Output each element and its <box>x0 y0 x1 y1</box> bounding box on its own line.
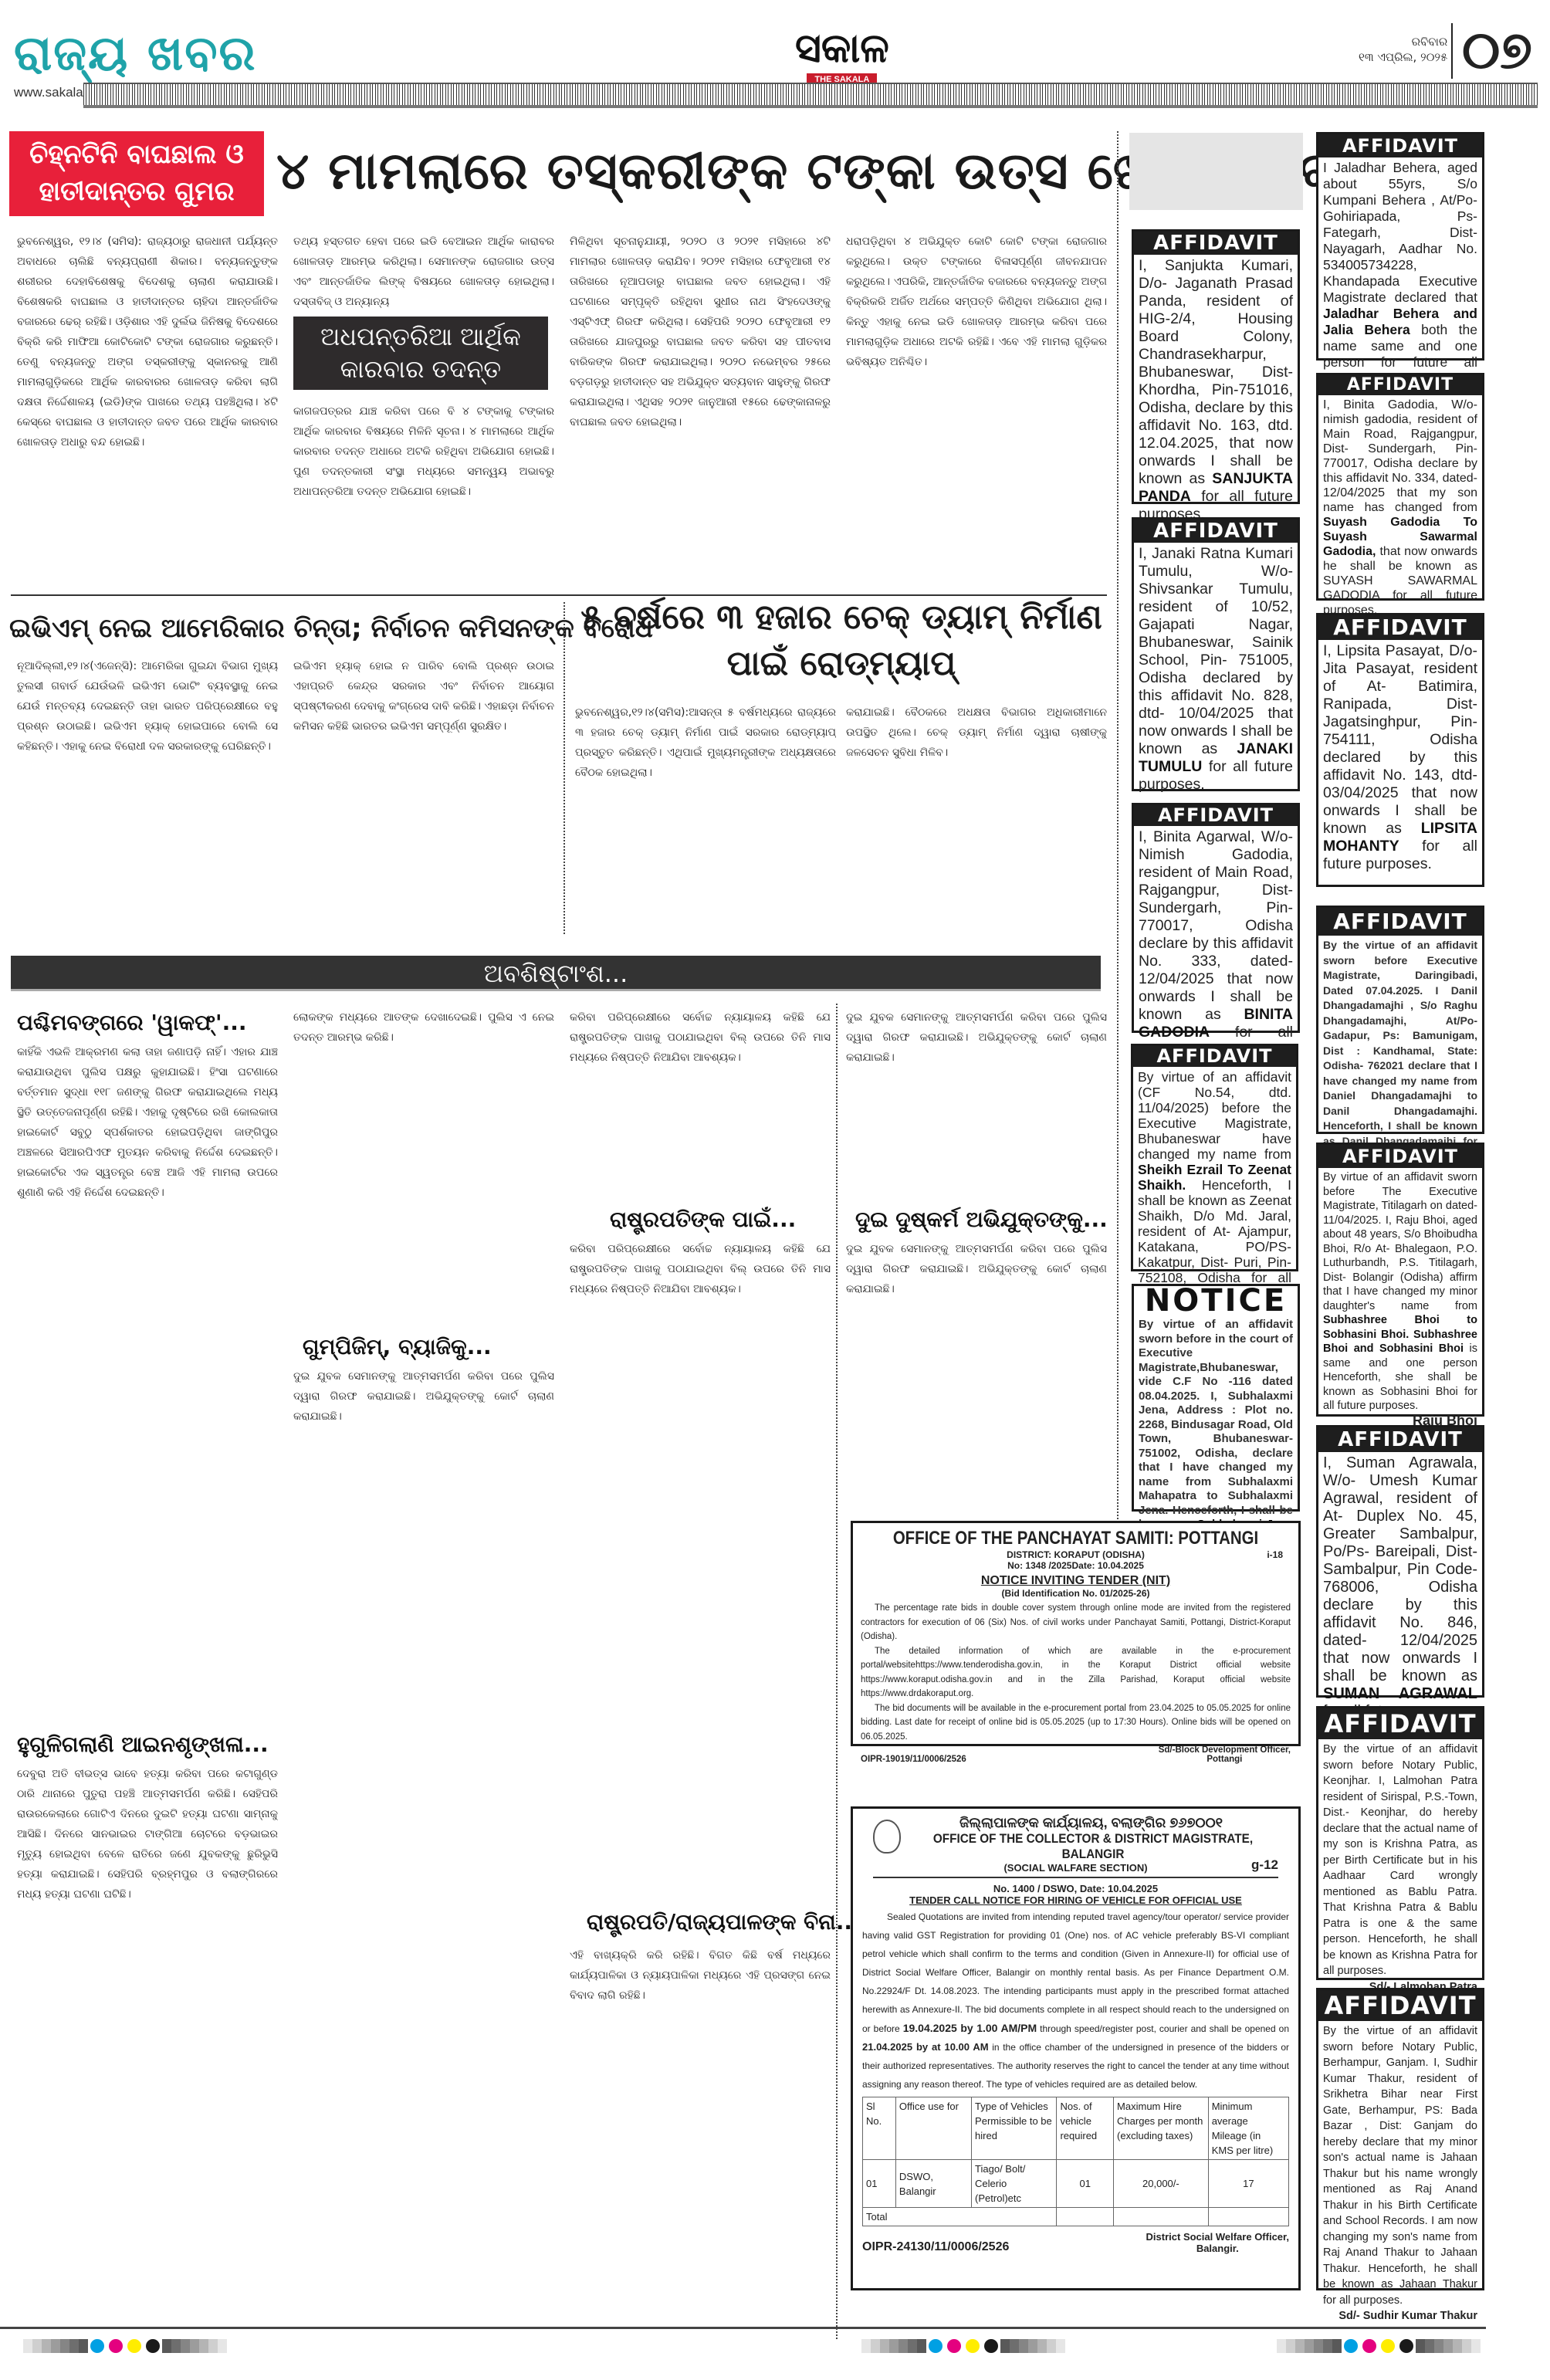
blank-ad-placeholder <box>1129 133 1303 210</box>
yellow-dot-icon <box>1381 2339 1395 2353</box>
ad-title: AFFIDAVIT <box>1133 1046 1296 1067</box>
continuation-head: ଗୁମ୍ପିଜିମ୍, ବ୍ୟାଜିକୁ... <box>303 1332 492 1363</box>
tender-signatory: Sd/-Block Development Officer, <box>1159 1745 1291 1755</box>
tender-signatory-place: Balangir. <box>1146 2243 1289 2254</box>
ad-body: By the virtue of an affidavit sworn befo… <box>1318 1739 1482 1997</box>
ad-title: AFFIDAVIT <box>1134 805 1298 826</box>
affidavit-ad: AFFIDAVIT By the virtue of an affidavit … <box>1316 906 1484 1134</box>
affidavit-ad: AFFIDAVIT I, Binita Agarwal, W/o- Nimish… <box>1132 803 1300 1033</box>
tender-notice-balangir: ଜିଲ୍ଲାପାଳଙ୍କ କାର୍ଯ୍ୟାଳୟ, ବଲାଙ୍ଗିର ୭୬୭୦୦୧… <box>851 1806 1301 2290</box>
ad-title: AFFIDAVIT <box>1318 615 1482 640</box>
continuation-text: ଦୁଇ ଯୁବକ ସେମାନଙ୍କୁ ଆତ୍ମସମର୍ପଣ କରିବା ପରେ … <box>846 1239 1107 1525</box>
continuation-text: ଏହି ବାଖ୍ୟକ୍ରି କରି ରହିଛି। ବିଗତ କିଛି ବର୍ଷ … <box>570 1945 831 2331</box>
ad-body: By the virtue of an affidavit sworn befo… <box>1318 2021 1482 2327</box>
story-2-col-1: ନୂଆଦିଲ୍ଲୀ,୧୨।୪(ଏଜେନ୍ସି): ଆମେରିକା ଗୁଇନ୍ଦା… <box>17 656 278 934</box>
story-3-col-2: କରାଯାଇଛି। ବୈଠକରେ ଅଧକ୍ଷତା ବିଭାଗର ଅଧିକାରୀମ… <box>846 702 1107 934</box>
continuation-head: ପଶ୍ଚିମବଙ୍ଗରେ 'ୱାକଫ୍'... <box>17 1007 246 1038</box>
cyan-dot-icon <box>90 2339 104 2353</box>
magenta-dot-icon <box>947 2339 961 2353</box>
lead-col-2: ତଥ୍ୟ ହସ୍ତଗତ ହେବା ପରେ ଇଡି ବେଆଇନ ଆର୍ଥିକ କା… <box>293 232 554 312</box>
black-dot-icon <box>1399 2339 1413 2353</box>
affidavit-ad: AFFIDAVIT By the virtue of an affidavit … <box>1316 1988 1484 2290</box>
ad-title: AFFIDAVIT <box>1318 1990 1482 2021</box>
continuation-band: ଅବଶିଷ୍ଟାଂଶ... <box>11 956 1101 991</box>
tender-signatory-place: Pottangi <box>1159 1755 1291 1764</box>
column-divider <box>563 602 565 934</box>
ad-body: By the virtue of an affidavit sworn befo… <box>1318 936 1482 1166</box>
tender-signatory: District Social Welfare Officer, <box>1146 2231 1289 2243</box>
continuation-text: ଲୋକଙ୍କ ମଧ୍ୟରେ ଆତଙ୍କ ଦେଖାଦେଇଛି। ପୁଲିସ ଏ ନ… <box>293 1007 554 1324</box>
tender-office: OFFICE OF THE PANCHAYAT SAMITI: POTTANGI <box>893 1528 1258 1549</box>
print-registration-marks <box>861 2339 1065 2353</box>
table-row: 01 DSWO, Balangir Tiago/ Bolt/ Celerio (… <box>863 2160 1289 2208</box>
affidavit-ad: AFFIDAVIT I, Janaki Ratna Kumari Tumulu,… <box>1132 517 1300 791</box>
story-2-headline: ଇଭିଏମ୍ ନେଇ ଆମେରିକାର ଚିନ୍ତା; ନିର୍ବାଚନ କମି… <box>9 610 550 647</box>
continuation-text: ଦେବୁରା ଅତି ବୀଭତ୍ସ ଭାବେ ହତ୍ୟା କରିବା ପରେ କ… <box>17 1764 278 2335</box>
ad-title: AFFIDAVIT <box>1134 520 1298 543</box>
tender-code: i-18 <box>1267 1549 1283 1560</box>
ad-body: By virtue of an affidavit sworn before T… <box>1318 1168 1482 1430</box>
tender-ref: No. 1400 / DSWO, Date: 10.04.2025 <box>862 1883 1289 1894</box>
tender-ref: No: 1348 /2025Date: 10.04.2025 <box>861 1560 1291 1571</box>
continuation-text: ଦୁଇ ଯୁବକ ସେମାନଙ୍କୁ ଆତ୍ମସମର୍ପଣ କରିବା ପରେ … <box>293 1366 554 2331</box>
continuation-text: କାହିଁକି ଏଭଳି ଆକ୍ରମଣ କଲା ତାହା ଜଣାପଡ଼ି ନାହ… <box>17 1042 278 1714</box>
ad-title: AFFIDAVIT <box>1318 1145 1482 1168</box>
ad-title: AFFIDAVIT <box>1318 908 1482 936</box>
ad-title: AFFIDAVIT <box>1318 375 1482 395</box>
cyan-dot-icon <box>1344 2339 1358 2353</box>
ad-title: AFFIDAVIT <box>1134 232 1298 255</box>
affidavit-ad: AFFIDAVIT I, Sanjukta Kumari, D/o- Jagan… <box>1132 229 1300 504</box>
tender-section: (SOCIAL WALFARE SECTION) <box>873 1862 1278 1874</box>
yellow-dot-icon <box>966 2339 980 2353</box>
column-divider <box>1117 131 1119 1529</box>
yellow-dot-icon <box>127 2339 141 2353</box>
ad-body: I, Janaki Ratna Kumari Tumulu, W/o- Shiv… <box>1134 543 1298 796</box>
black-dot-icon <box>146 2339 160 2353</box>
affidavit-ad: AFFIDAVIT By virtue of an affidavit (CF … <box>1131 1044 1298 1271</box>
logo-text: ସକାଳ <box>795 27 889 70</box>
tender-office-odia: ଜିଲ୍ଲାପାଳଙ୍କ କାର୍ଯ୍ୟାଳୟ, ବଲାଙ୍ଗିର ୭୬୭୦୦୧ <box>862 1815 1289 1831</box>
continuation-text: କରିବା ପରିପ୍ରେକ୍ଷୀରେ ସର୍ବୋଚ୍ଚ ନ୍ୟାୟାଳୟ କହ… <box>570 1007 831 1200</box>
continuation-head: ରାଷ୍ଟ୍ରପତିଙ୍କ ପାଇଁ... <box>610 1204 796 1235</box>
story-3-col-1: ଭୁବନେଶ୍ୱର,୧୨।୪(ସମିସ):ଆସନ୍ତା ୫ ବର୍ଷମଧ୍ୟରେ… <box>575 702 836 934</box>
tender-para: The percentage rate bids in double cover… <box>861 1601 1291 1644</box>
cyan-dot-icon <box>929 2339 943 2353</box>
masthead: ରାଜ୍ୟ ଖବର www.sakalaepaper.com ସକାଳ THE … <box>0 0 1550 116</box>
continuation-head: ରାଷ୍ଟ୍ରପତି/ରାଜ୍ୟପାଳଙ୍କ ବିନା... <box>587 1907 861 1938</box>
ad-body: I, Binita Agarwal, W/o- Nimish Gadodia, … <box>1134 826 1298 1061</box>
print-registration-marks <box>23 2339 227 2353</box>
ad-body: I, Sanjukta Kumari, D/o- Jaganath Prasad… <box>1134 255 1298 526</box>
tender-code: g-12 <box>1251 1857 1278 1873</box>
footer-rule <box>0 2327 1486 2329</box>
lead-col-2b: କାଗଜପତ୍ରର ଯାଞ୍ଚ କରିବା ପରେ ବି ୪ ଟଙ୍କାକୁ ଟ… <box>293 401 554 579</box>
lead-col-3: ମିଳିଥିବା ସୂଚନାନୁଯାୟୀ, ୨୦୨୦ ଓ ୨୦୨୧ ମସିହାର… <box>570 232 831 579</box>
ad-title: AFFIDAVIT <box>1318 134 1482 157</box>
affidavit-ad: AFFIDAVIT By the virtue of an affidavit … <box>1316 1706 1484 1980</box>
story-2-col-2: ଇଭିଏମ ହ୍ୟାକ୍ ହୋଇ ନ ପାରିବ ବୋଲି ପ୍ରଶ୍ନ ଉଠା… <box>293 656 554 934</box>
ad-title: NOTICE <box>1134 1286 1298 1315</box>
issue-day: ରବିବାର <box>1359 34 1447 49</box>
tender-title: TENDER CALL NOTICE FOR HIRING OF VEHICLE… <box>862 1894 1289 1906</box>
story-3-headline: ୫ ବର୍ଷରେ ୩ ହଜାର ଚେକ୍ ଡ୍ୟାମ୍ ନିର୍ମାଣ ପାଇଁ… <box>571 594 1112 687</box>
ad-body: I, Suman Agrawala, W/o- Umesh Kumar Agra… <box>1318 1452 1482 1723</box>
ad-title: AFFIDAVIT <box>1318 1708 1482 1739</box>
ad-body: I, Binita Gadodia, W/o-nimish gadodia, r… <box>1318 395 1482 620</box>
lead-col-1: ଭୁବନେଶ୍ୱର, ୧୨।୪ (ସମିସ): ରାଜ୍ୟଠାରୁ ରାଜଧାନ… <box>17 232 278 579</box>
tender-para: Sealed Quotations are invited from inten… <box>862 1908 1289 2094</box>
issue-date: ରବିବାର ୧୩ ଏପ୍ରିଲ, ୨୦୨୫ <box>1359 34 1447 65</box>
tender-notice-pottangi: OFFICE OF THE PANCHAYAT SAMITI: POTTANGI… <box>851 1521 1301 1746</box>
lead-kicker: ଚିହ୍ନଟିନି ବାଘଛାଲ ଓ ହାତୀଦାନ୍ତର ଗୁମର <box>9 131 264 216</box>
tender-oipr: OIPR-24130/11/0006/2526 <box>862 2240 1009 2254</box>
continuation-head: ହୁଗୁଳିଗଲାଣି ଆଇନଶୃଙ୍ଖଳା... <box>17 1729 269 1760</box>
continuation-text: କରିବା ପରିପ୍ରେକ୍ଷୀରେ ସର୍ବୋଚ୍ଚ ନ୍ୟାୟାଳୟ କହ… <box>570 1239 831 1857</box>
ad-signature: Sd/- Sudhir Kumar Thakur <box>1323 2308 1477 2324</box>
affidavit-ad: AFFIDAVIT I Jaladhar Behera, aged about … <box>1316 132 1484 361</box>
continuation-text: ଦୁଇ ଯୁବକ ସେମାନଙ୍କୁ ଆତ୍ମସମର୍ପଣ କରିବା ପରେ … <box>846 1007 1107 1200</box>
column-divider <box>836 1004 838 2339</box>
ad-title: AFFIDAVIT <box>1318 1427 1482 1452</box>
magenta-dot-icon <box>1362 2339 1376 2353</box>
magenta-dot-icon <box>109 2339 123 2353</box>
continuation-head: ଦୁଇ ଦୁଷ୍କର୍ମ ଅଭିଯୁକ୍ତଙ୍କୁ... <box>855 1204 1108 1235</box>
masthead-rule <box>83 83 1538 108</box>
ad-body: I Jaladhar Behera, aged about 55yrs, S/o… <box>1318 157 1482 389</box>
newspaper-logo: ସକାଳ THE SAKALA <box>795 27 889 86</box>
table-header-row: Sl No. Office use for Type of Vehicles P… <box>863 2097 1289 2160</box>
tender-district: DISTRICT: KORAPUT (ODISHA) <box>861 1549 1291 1560</box>
section-title: ରାଜ୍ୟ ଖବର <box>14 25 257 82</box>
table-total-row: Total <box>863 2208 1289 2226</box>
affidavit-ad: AFFIDAVIT I, Binita Gadodia, W/o-nimish … <box>1316 373 1484 601</box>
affidavit-ad: AFFIDAVIT By virtue of an affidavit swor… <box>1316 1143 1484 1417</box>
tender-title: NOTICE INVITING TENDER (NIT) <box>861 1574 1291 1588</box>
tender-office: OFFICE OF THE COLLECTOR & DISTRICT MAGIS… <box>884 1831 1268 1862</box>
lead-subhead: ଅଧପନ୍ତରିଆ ଆର୍ଥିକ କାରବାର ତଦନ୍ତ <box>293 317 548 390</box>
issue-date-text: ୧୩ ଏପ୍ରିଲ, ୨୦୨୫ <box>1359 49 1447 65</box>
vehicle-table: Sl No. Office use for Type of Vehicles P… <box>862 2097 1289 2226</box>
tender-bid-id: (Bid Identification No. 01/2025-26) <box>861 1588 1291 1599</box>
ad-body: By virtue of an affidavit (CF No.54, dtd… <box>1133 1067 1296 1303</box>
tender-para: The detailed information of which are av… <box>861 1644 1291 1701</box>
ad-body: I, Lipsita Pasayat, D/o- Jita Pasayat, r… <box>1318 640 1482 875</box>
affidavit-ad: AFFIDAVIT I, Lipsita Pasayat, D/o- Jita … <box>1316 613 1484 887</box>
page-number: ୦୭ <box>1451 23 1532 79</box>
black-dot-icon <box>984 2339 998 2353</box>
notice-ad: NOTICE By virtue of an affidavit sworn b… <box>1132 1284 1300 1512</box>
tender-oipr: OIPR-19019/11/0006/2526 <box>861 1755 966 1764</box>
lead-col-4: ଧରାପଡ଼ିଥିବା ୪ ଅଭିଯୁକ୍ତ କୋଟି କୋଟି ଟଙ୍କା ର… <box>846 232 1107 579</box>
print-registration-marks <box>1277 2339 1481 2353</box>
lead-headline: ୪ ମାମଲାରେ ତସ୍କରୀଙ୍କ ଟଙ୍କା ଉତ୍ସ ଖୋଳତାଡ଼ ବ… <box>276 133 1110 210</box>
tender-para: The bid documents will be available in t… <box>861 1701 1291 1745</box>
affidavit-ad: AFFIDAVIT I, Suman Agrawala, W/o- Umesh … <box>1316 1425 1484 1698</box>
